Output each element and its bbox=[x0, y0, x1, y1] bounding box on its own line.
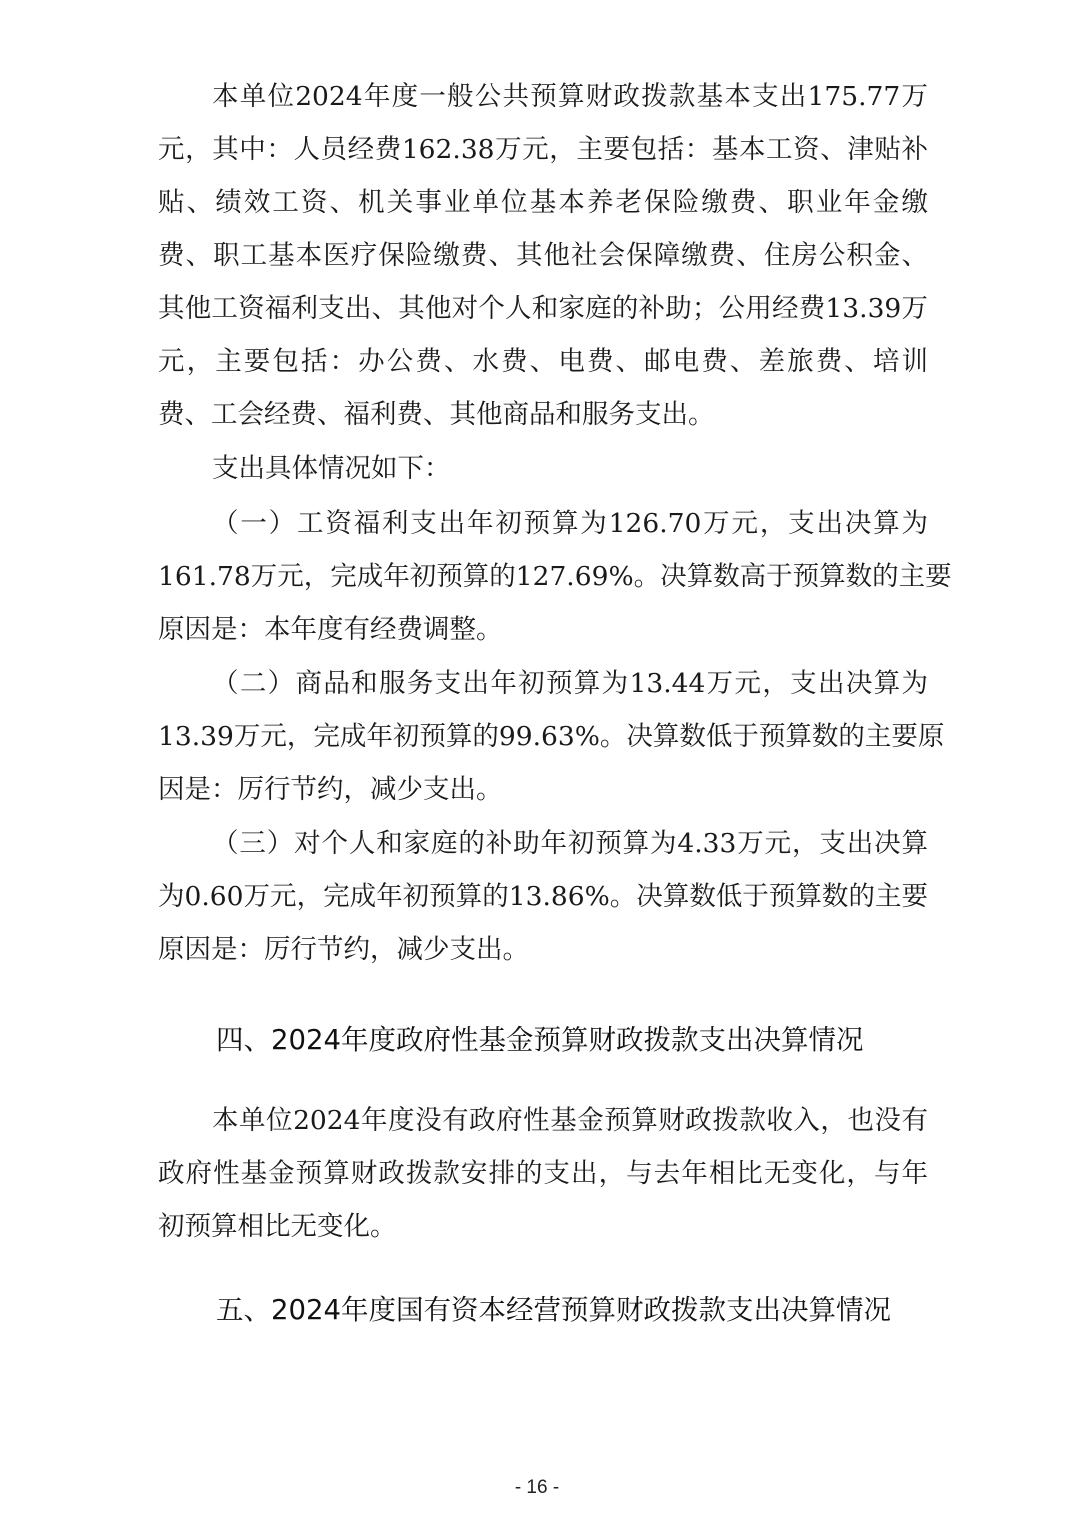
item3-line: （三）对个人和家庭的补助年初预算为4.33万元，支出决算 bbox=[212, 824, 928, 864]
item2-line: 13.39万元，完成年初预算的99.63%。决算数低于预算数的主要原 bbox=[158, 717, 928, 757]
details-intro: 支出具体情况如下： bbox=[212, 449, 928, 489]
item1-line: 161.78万元，完成年初预算的127.69%。决算数高于预算数的主要 bbox=[158, 557, 928, 597]
paragraph-line: 元，主要包括：办公费、水费、电费、邮电费、差旅费、培训 bbox=[158, 342, 928, 382]
item1-line: （一）工资福利支出年初预算为126.70万元，支出决算为 bbox=[212, 504, 928, 544]
section4-line: 本单位2024年度没有政府性基金预算财政拨款收入，也没有 bbox=[212, 1101, 928, 1141]
section4-line: 政府性基金预算财政拨款安排的支出，与去年相比无变化，与年 bbox=[158, 1154, 928, 1194]
paragraph-line: 本单位2024年度一般公共预算财政拨款基本支出175.77万 bbox=[212, 77, 928, 117]
paragraph-line: 贴、绩效工资、机关事业单位基本养老保险缴费、职业年金缴 bbox=[158, 183, 928, 223]
document-page: 本单位2024年度一般公共预算财政拨款基本支出175.77万 元，其中：人员经费… bbox=[0, 0, 1074, 1520]
paragraph-line: 费、职工基本医疗保险缴费、其他社会保障缴费、住房公积金、 bbox=[158, 236, 928, 276]
paragraph-line: 费、工会经费、福利费、其他商品和服务支出。 bbox=[158, 395, 928, 435]
item2-line: 因是：厉行节约，减少支出。 bbox=[158, 770, 928, 810]
item3-line: 原因是：厉行节约，减少支出。 bbox=[158, 930, 928, 970]
item3-line: 为0.60万元，完成年初预算的13.86%。决算数低于预算数的主要 bbox=[158, 877, 928, 917]
page-number: - 16 - bbox=[0, 1476, 1074, 1500]
section-heading-5: 五、2024年度国有资本经营预算财政拨款支出决算情况 bbox=[216, 1288, 891, 1332]
paragraph-line: 其他工资福利支出、其他对个人和家庭的补助；公用经费13.39万 bbox=[158, 289, 928, 329]
section-heading-4: 四、2024年度政府性基金预算财政拨款支出决算情况 bbox=[216, 1018, 863, 1062]
section4-line: 初预算相比无变化。 bbox=[158, 1207, 928, 1247]
paragraph-line: 元，其中：人员经费162.38万元，主要包括：基本工资、津贴补 bbox=[158, 130, 928, 170]
item2-line: （二）商品和服务支出年初预算为13.44万元，支出决算为 bbox=[212, 664, 928, 704]
item1-line: 原因是：本年度有经费调整。 bbox=[158, 610, 928, 650]
